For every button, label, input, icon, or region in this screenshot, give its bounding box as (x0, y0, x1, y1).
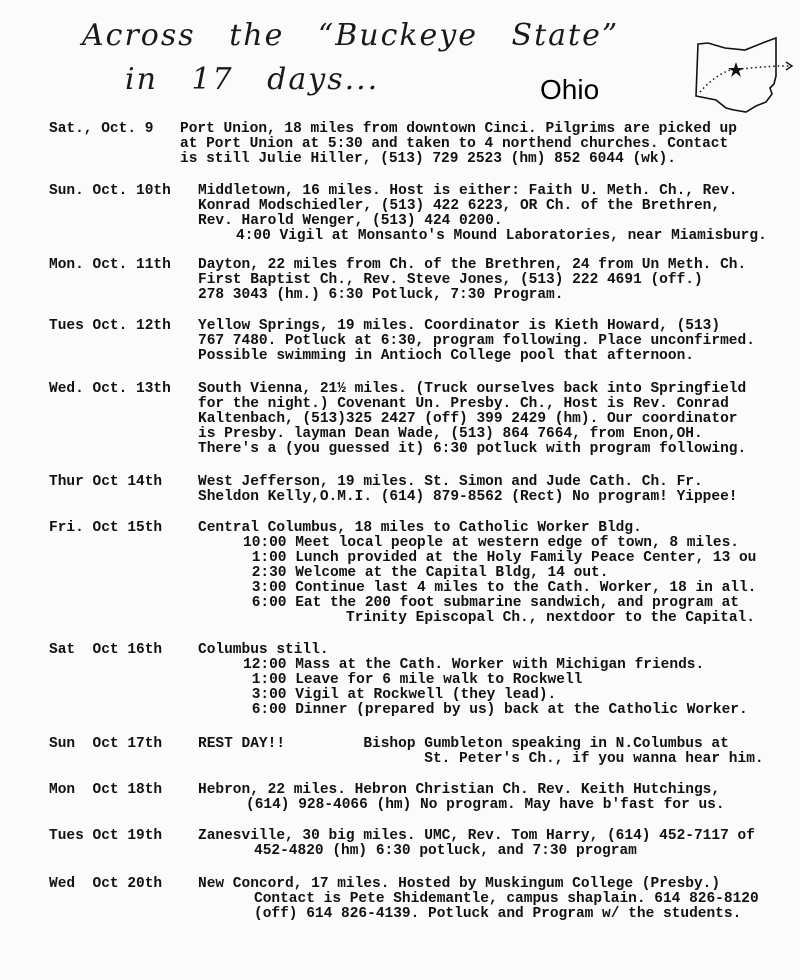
entry-text-line: Rev. Harold Wenger, (513) 424 0200. (198, 214, 503, 229)
entry-text-line: 6:00 Eat the 200 foot submarine sandwich… (243, 596, 739, 611)
entry-text-line: West Jefferson, 19 miles. St. Simon and … (198, 475, 703, 490)
entry-text-line: for the night.) Covenant Un. Presby. Ch.… (198, 397, 729, 412)
entry-text-line: South Vienna, 21½ miles. (Truck ourselve… (198, 382, 746, 397)
entry-date: Sun Oct 17th (49, 737, 162, 752)
entry-date: Mon Oct 18th (49, 783, 162, 798)
entry-text-line: Yellow Springs, 19 miles. Coordinator is… (198, 319, 720, 334)
entry-text-line: is still Julie Hiller, (513) 729 2523 (h… (180, 152, 676, 167)
entry-text-line: Middletown, 16 miles. Host is either: Fa… (198, 184, 738, 199)
entry-text-line: There's a (you guessed it) 6:30 potluck … (198, 442, 746, 457)
entry-text-line: Port Union, 18 miles from downtown Cinci… (180, 122, 737, 137)
entry-text-line: Konrad Modschiedler, (513) 422 6223, OR … (198, 199, 720, 214)
entry-text-line: First Baptist Ch., Rev. Steve Jones, (51… (198, 273, 703, 288)
entry-text-line: Trinity Episcopal Ch., nextdoor to the C… (346, 611, 755, 626)
entry-text-line: New Concord, 17 miles. Hosted by Musking… (198, 877, 720, 892)
entry-text-line: 6:00 Dinner (prepared by us) back at the… (243, 703, 748, 718)
entry-text-line: 10:00 Meet local people at western edge … (243, 536, 739, 551)
entry-text-line: Sheldon Kelly,O.M.I. (614) 879-8562 (Rec… (198, 490, 738, 505)
entry-text-line: 4:00 Vigil at Monsanto's Mound Laborator… (236, 229, 767, 244)
entry-date: Thur Oct 14th (49, 475, 162, 490)
entry-date: Sat Oct 16th (49, 643, 162, 658)
entry-date: Tues Oct. 12th (49, 319, 171, 334)
entry-text-line: at Port Union at 5:30 and taken to 4 nor… (180, 137, 728, 152)
entry-text-line: Zanesville, 30 big miles. UMC, Rev. Tom … (198, 829, 755, 844)
entry-text-line: Central Columbus, 18 miles to Catholic W… (198, 521, 642, 536)
entry-text-line: 2:30 Welcome at the Capital Bldg, 14 out… (243, 566, 608, 581)
state-label: Ohio (540, 74, 599, 106)
entry-text-line: St. Peter's Ch., if you wanna hear him. (198, 752, 764, 767)
entry-text-line: 3:00 Vigil at Rockwell (they lead). (243, 688, 556, 703)
entry-text-line: Contact is Pete Shidemantle, campus shap… (254, 892, 759, 907)
entry-text-line: REST DAY!! Bishop Gumbleton speaking in … (198, 737, 729, 752)
entry-text-line: 278 3043 (hm.) 6:30 Potluck, 7:30 Progra… (198, 288, 563, 303)
entry-text-line: 12:00 Mass at the Cath. Worker with Mich… (243, 658, 704, 673)
entry-text-line: is Presby. layman Dean Wade, (513) 864 7… (198, 427, 703, 442)
entry-text-line: Possible swimming in Antioch College poo… (198, 349, 694, 364)
entry-date: Sat., Oct. 9 (49, 122, 153, 137)
entry-text-line: Kaltenbach, (513)325 2427 (off) 399 2429… (198, 412, 738, 427)
handwritten-title-line-2: in 17 days... (125, 62, 379, 97)
entry-text-line: (614) 928-4066 (hm) No program. May have… (246, 798, 725, 813)
entry-text-line: 1:00 Leave for 6 mile walk to Rockwell (243, 673, 582, 688)
entry-text-line: (off) 614 826-4139. Potluck and Program … (254, 907, 741, 922)
entry-text-line: Columbus still. (198, 643, 329, 658)
entry-text-line: Hebron, 22 miles. Hebron Christian Ch. R… (198, 783, 720, 798)
entry-text-line: 3:00 Continue last 4 miles to the Cath. … (243, 581, 756, 596)
entry-date: Wed Oct 20th (49, 877, 162, 892)
entry-text-line: 767 7480. Potluck at 6:30, program follo… (198, 334, 755, 349)
ohio-map-route-icon (690, 36, 800, 116)
entry-date: Tues Oct 19th (49, 829, 162, 844)
entry-date: Wed. Oct. 13th (49, 382, 171, 397)
handwritten-title-line-1: Across the “Buckeye State” (82, 18, 619, 53)
entry-text-line: 452-4820 (hm) 6:30 potluck, and 7:30 pro… (254, 844, 637, 859)
entry-date: Mon. Oct. 11th (49, 258, 171, 273)
entry-text-line: Dayton, 22 miles from Ch. of the Brethre… (198, 258, 746, 273)
entry-text-line: 1:00 Lunch provided at the Holy Family P… (243, 551, 756, 566)
entry-date: Sun. Oct. 10th (49, 184, 171, 199)
entry-date: Fri. Oct 15th (49, 521, 162, 536)
